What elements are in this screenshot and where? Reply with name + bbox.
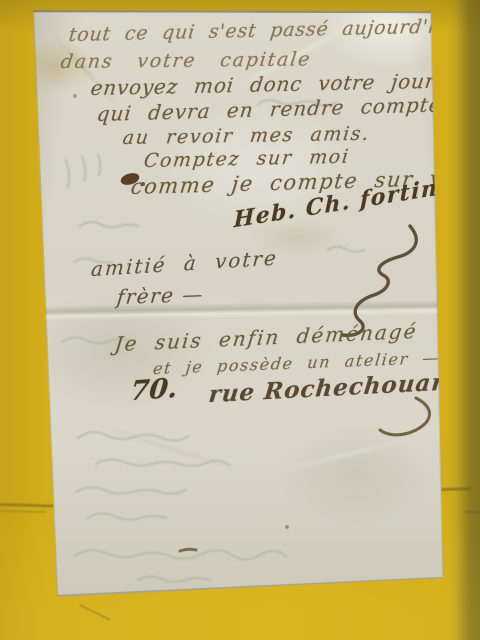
background-crease-right-2 (464, 511, 478, 513)
letter-closing-line: frère — (116, 284, 205, 307)
letter-body-line: au revoir mes amis. (122, 125, 371, 148)
letter-address-street: rue Rochechouart (208, 370, 458, 406)
crumple-streak (278, 436, 415, 473)
letter-body-line: Comptez sur moi (143, 148, 351, 171)
letter-address-number: 70. (129, 375, 179, 406)
letter-postscript-line: Je suis enfin déménagé (114, 321, 419, 354)
background-crease-left (0, 503, 54, 507)
letter-body-line: tout ce qui s'est passé aujourd'hui (68, 17, 463, 45)
background-crease-left-2 (0, 510, 46, 513)
letter-paper: tout ce qui s'est passé aujourd'hui dans… (28, 0, 448, 606)
background-scratch (79, 604, 110, 621)
crumple-streak (87, 420, 250, 475)
letter-body-line: dans votre capitale (60, 50, 313, 72)
paper-fold-crease (28, 299, 448, 321)
photo-of-handwritten-letter: tout ce qui s'est passé aujourd'hui dans… (0, 0, 480, 640)
address-flourish (380, 398, 430, 435)
letter-closing-line: amitié à votre (90, 248, 278, 280)
background-crease-right (441, 487, 471, 490)
